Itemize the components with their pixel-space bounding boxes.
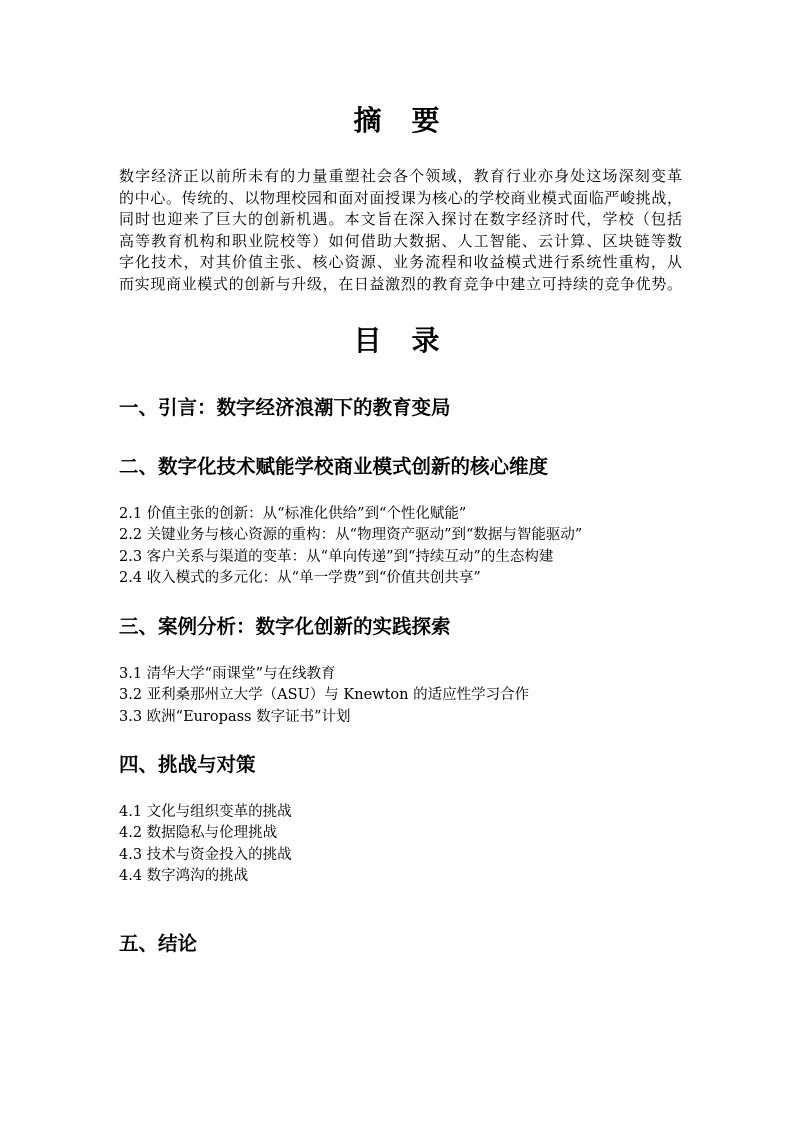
toc-item-4-4[interactable]: 4.4 数字鸿沟的挑战 (119, 866, 292, 887)
abstract-paragraph: 数字经济正以前所未有的力量重塑社会各个领域，教育行业亦身处这场深刻变革 的中心。… (119, 166, 682, 296)
toc-item-4-1[interactable]: 4.1 文化与组织变革的挑战 (119, 802, 292, 823)
abstract-title-char-2: 要 (412, 104, 440, 137)
toc-chapter-1[interactable]: 一、引言：数字经济浪潮下的教育变局 (119, 395, 451, 421)
toc-chapter-3[interactable]: 三、案例分析：数字化创新的实践探索 (119, 614, 451, 640)
toc-chapter-3-items: 3.1 清华大学“雨课堂”与在线教育 3.2 亚利桑那州立大学（ASU）与 Kn… (119, 664, 529, 728)
toc-item-4-3[interactable]: 4.3 技术与资金投入的挑战 (119, 845, 292, 866)
toc-chapter-2[interactable]: 二、数字化技术赋能学校商业模式创新的核心维度 (119, 454, 548, 480)
toc-item-2-2[interactable]: 2.2 关键业务与核心资源的重构：从“物理资产驱动”到“数据与智能驱动” (119, 525, 582, 546)
toc-item-3-1[interactable]: 3.1 清华大学“雨课堂”与在线教育 (119, 664, 529, 685)
toc-chapter-4[interactable]: 四、挑战与对策 (119, 752, 256, 778)
abstract-line: 数字经济正以前所未有的力量重塑社会各个领域，教育行业亦身处这场深刻变革 (119, 166, 682, 188)
toc-title-char-2: 录 (412, 324, 440, 357)
toc-item-4-2[interactable]: 4.2 数据隐私与伦理挑战 (119, 823, 292, 844)
abstract-line: 的中心。传统的、以物理校园和面对面授课为核心的学校商业模式面临严峻挑战， (119, 188, 682, 210)
abstract-line: 字化技术，对其价值主张、核心资源、业务流程和收益模式进行系统性重构，从 (119, 252, 682, 274)
abstract-line: 同时也迎来了巨大的创新机遇。本文旨在深入探讨在数字经济时代，学校（包括 (119, 209, 682, 231)
toc-item-3-2[interactable]: 3.2 亚利桑那州立大学（ASU）与 Knewton 的适应性学习合作 (119, 685, 529, 706)
toc-title: 目录 (0, 323, 793, 359)
toc-item-2-1[interactable]: 2.1 价值主张的创新：从“标准化供给”到“个性化赋能” (119, 504, 582, 525)
toc-title-char-1: 目 (353, 324, 381, 357)
toc-item-3-3[interactable]: 3.3 欧洲“Europass 数字证书”计划 (119, 707, 529, 728)
toc-item-2-3[interactable]: 2.3 客户关系与渠道的变革：从“单向传递”到“持续互动”的生态构建 (119, 547, 582, 568)
abstract-line: 高等教育机构和职业院校等）如何借助大数据、人工智能、云计算、区块链等数 (119, 231, 682, 253)
toc-chapter-2-items: 2.1 价值主张的创新：从“标准化供给”到“个性化赋能” 2.2 关键业务与核心… (119, 504, 582, 589)
toc-chapter-5[interactable]: 五、结论 (119, 931, 197, 957)
document-page: 摘要 数字经济正以前所未有的力量重塑社会各个领域，教育行业亦身处这场深刻变革 的… (0, 0, 793, 1122)
abstract-line: 而实现商业模式的创新与升级，在日益激烈的教育竞争中建立可持续的竞争优势。 (119, 274, 682, 296)
toc-chapter-4-items: 4.1 文化与组织变革的挑战 4.2 数据隐私与伦理挑战 4.3 技术与资金投入… (119, 802, 292, 887)
abstract-title-char-1: 摘 (353, 104, 381, 137)
toc-item-2-4[interactable]: 2.4 收入模式的多元化：从“单一学费”到“价值共创共享” (119, 568, 582, 589)
abstract-title: 摘要 (0, 103, 793, 139)
